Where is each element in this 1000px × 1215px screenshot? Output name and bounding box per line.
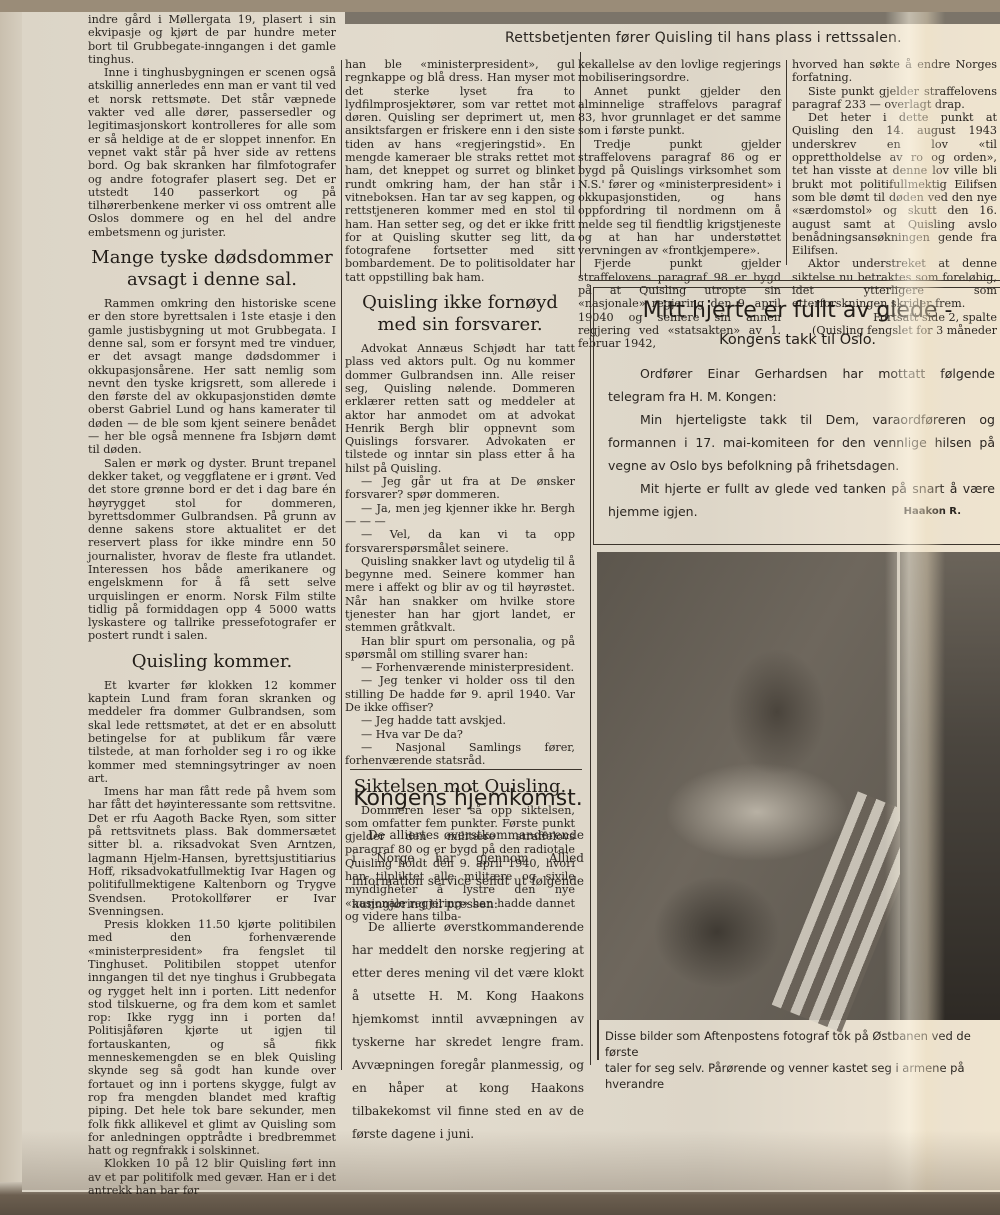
dialogue-line: — Ja, men jeg kjenner ikke hr. Bergh — —…	[345, 502, 575, 529]
news-photo	[597, 552, 1000, 1020]
subheading-forsvarer: Quisling ikke fornøyd med sin forsvarer.	[345, 292, 575, 336]
column-divider	[590, 285, 591, 1065]
column-divider	[341, 60, 342, 1070]
article-paragraph: indre gård i Møllergata 19, plasert i si…	[88, 13, 336, 66]
article-paragraph: hvorved han søkte å endre Norges forfatn…	[792, 58, 997, 85]
dialogue-line: — Jeg tenker vi holder oss til den still…	[345, 674, 575, 714]
article-paragraph: Presis klokken 11.50 kjørte politibilen …	[88, 918, 336, 1157]
box-subheadline: Kongens takk til Oslo.	[594, 332, 1000, 348]
article-paragraph: Et kvarter før klokken 12 kommer kaptein…	[88, 679, 336, 785]
dialogue-line: — Nasjonal Samlings fører, forhenværende…	[345, 741, 575, 768]
article-paragraph: kekallelse av den lovlige regjerings mob…	[578, 58, 781, 85]
article-paragraph: han ble «ministerpresident», gul regnkap…	[345, 58, 575, 284]
box-headline: Mitt hjerte er fullt av glede -	[594, 298, 1000, 323]
top-rule-bar	[345, 12, 1000, 24]
box-paragraph: Min hjerteligste takk til Dem, varaordfø…	[608, 408, 995, 477]
section-divider	[350, 769, 582, 770]
article-paragraph: Quisling snakker lavt og utydelig til å …	[345, 555, 575, 635]
article-paragraph: Han blir spurt om personalia, og på spør…	[345, 635, 575, 662]
headline-kongens-hjemkomst: Kongens hjemkomst.	[352, 784, 584, 814]
dialogue-line: — Forhenværende ministerpresident.	[345, 661, 575, 674]
article-paragraph: Tredje punkt gjelder straffelovens parag…	[578, 138, 781, 258]
caption-rule	[597, 1020, 599, 1060]
article-paragraph: Rammen omkring den historiske scene er d…	[88, 297, 336, 457]
second-photo	[900, 552, 1000, 1020]
article-paragraph: Annet punkt gjelder den alminnelige stra…	[578, 85, 781, 138]
article-paragraph: Imens har man fått rede på hvem som har …	[88, 785, 336, 918]
dialogue-line: — Vel, da kan vi ta opp forsvarerspørsmå…	[345, 528, 575, 555]
bottom-shadow	[22, 1130, 1000, 1190]
caption-line-2: taler for seg selv. Pårørende og venner …	[605, 1060, 1000, 1092]
article-paragraph: De alliertes øverstkommanderende i Norge…	[352, 824, 584, 916]
article-paragraph: De allierte øverstkommanderende har medd…	[352, 916, 584, 1146]
article-paragraph: Siste punkt gjelder straffelovens paragr…	[792, 85, 997, 112]
subheading-quisling-kommer: Quisling kommer.	[88, 651, 336, 673]
photo-rubric: Rettsbetjenten fører Quisling til hans p…	[505, 30, 945, 46]
signature: Haakon R.	[904, 506, 961, 517]
article-paragraph: Det heter i dette punkt at Quisling den …	[792, 111, 997, 257]
box-body: Ordfører Einar Gerhardsen har mottatt fø…	[608, 362, 995, 523]
column-divider	[786, 60, 787, 265]
article-paragraph: Advokat Annæus Schjødt har tatt plass ve…	[345, 342, 575, 475]
column-1: indre gård i Møllergata 19, plasert i si…	[88, 13, 336, 1197]
subheading-dodsdommer: Mange tyske dødsdommer avsagt i denne sa…	[88, 247, 336, 291]
caption-line-1: Disse bilder som Aftenpostens fotograf t…	[605, 1028, 1000, 1060]
page-edge	[0, 12, 23, 1182]
dialogue-line: — Jeg hadde tatt avskjed.	[345, 714, 575, 727]
dialogue-line: — Hva var De da?	[345, 728, 575, 741]
box-paragraph: Ordfører Einar Gerhardsen har mottatt fø…	[608, 362, 995, 408]
article-paragraph: Salen er mørk og dyster. Brunt trepanel …	[88, 457, 336, 643]
article-paragraph: Inne i tinghusbygningen er scenen også a…	[88, 66, 336, 239]
kongens-takk-box: Mitt hjerte er fullt av glede - Kongens …	[593, 287, 1000, 545]
kongens-hjemkomst-article: Kongens hjemkomst. De alliertes øverstko…	[352, 772, 584, 1146]
dialogue-line: — Jeg går ut fra at De ønsker forsvarer?…	[345, 475, 575, 502]
section-divider	[590, 280, 1000, 281]
photo-caption: Disse bilder som Aftenpostens fotograf t…	[605, 1028, 1000, 1092]
